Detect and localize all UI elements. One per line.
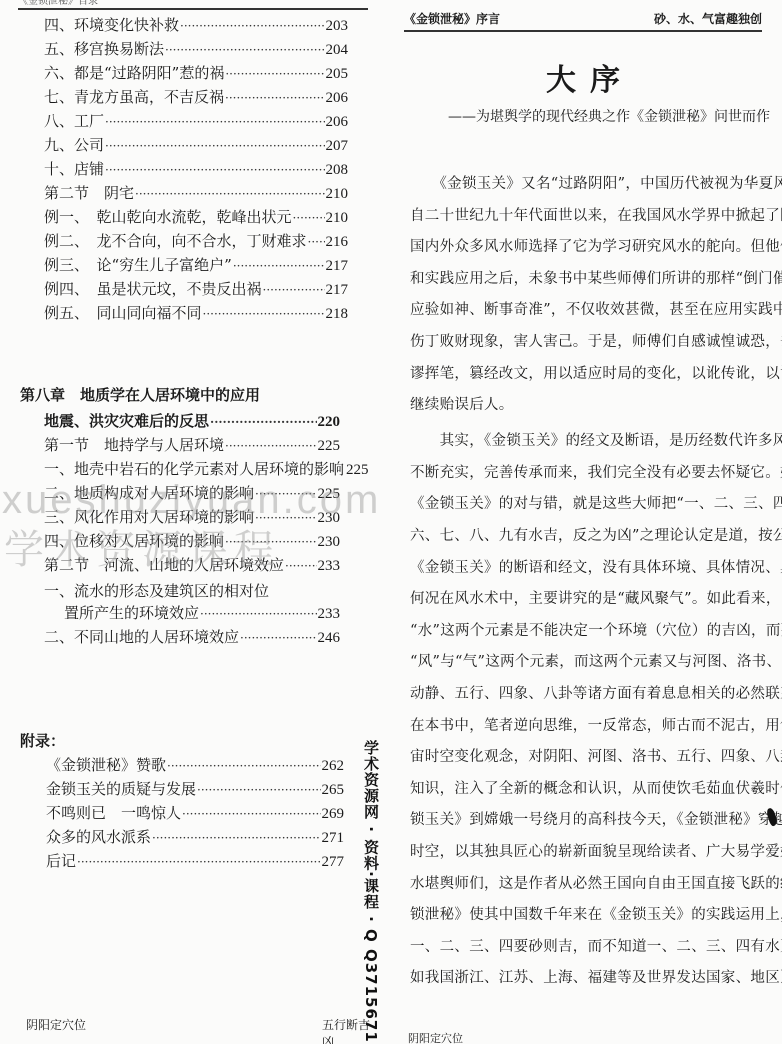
preface-line: 知识，注入了全新的概念和认识，从而使饮毛茹血伏羲时代的《金 <box>410 779 764 799</box>
toc-entry: 八、工厂206 <box>44 112 348 131</box>
toc-leader-dots <box>105 136 324 155</box>
preface-line: 宙时空变化观念，对阴阳、河图、洛书、五行、四象、八卦等基础 <box>410 747 764 767</box>
toc-leader-dots <box>105 160 324 179</box>
toc-entry-title: 不鸣则已 一鸣惊人 <box>46 804 181 822</box>
toc-entry: 不鸣则已 一鸣惊人269 <box>46 804 344 823</box>
toc-entry-page: 230 <box>318 533 341 551</box>
toc-entry-title: 一、流水的形态及建筑区的相对位 <box>44 580 269 601</box>
toc-entry-page: 210 <box>326 185 349 203</box>
toc-entry-page: 233 <box>318 557 341 575</box>
toc-entry-title: 《金锁泄秘》赞歌 <box>46 756 166 774</box>
toc-leader-dots <box>167 756 320 775</box>
toc-entry: 第一节 地持学与人居环境225 <box>44 436 340 455</box>
chapter-heading: 第八章 地质学在人居环境中的应用 <box>20 384 260 405</box>
left-page-header: 《金锁泄秘》目录 <box>18 0 368 10</box>
toc-leader-dots <box>225 436 316 455</box>
toc-leader-dots <box>105 112 324 131</box>
toc-entry-page: 269 <box>322 805 345 823</box>
preface-title: 大序 <box>398 55 782 99</box>
toc-entry-title: 第一节 地持学与人居环境 <box>44 436 224 454</box>
toc-entry: 九、公司207 <box>44 136 348 155</box>
preface-line: 在本书中，笔者逆向思维，一反常态，师古而不泥古，用创新的宇 <box>410 716 764 736</box>
toc-entry-page: 203 <box>326 17 349 35</box>
toc-entry-page: 262 <box>322 757 345 775</box>
toc-entry-page: 246 <box>318 629 341 647</box>
toc-entry-title: 九、公司 <box>44 136 104 154</box>
toc-entry: 众多的风水派系271 <box>46 828 344 847</box>
toc-entry: 地震、洪灾灾难后的反思220 <box>44 412 340 431</box>
toc-entry: 金锁玉关的质疑与发展265 <box>46 780 344 799</box>
toc-entry-page: 233 <box>318 605 341 623</box>
left-header-title: 《金锁泄秘》目录 <box>18 0 98 7</box>
watermark-text: 学术资源课程 <box>4 518 280 575</box>
toc-entry-title: 例一、 乾山乾向水流乾，乾峰出状元 <box>44 208 292 226</box>
toc-entry-title: 众多的风水派系 <box>46 828 151 846</box>
toc-entry-title: 七、青龙方虽高，不吉反祸 <box>44 88 224 106</box>
right-header-motto: 砂、水、气富趣独创 <box>654 10 762 27</box>
preface-line: 锁玉关》到嫦娥一号绕月的高科技今天，《金锁泄秘》穿越了数千年 <box>410 810 764 830</box>
toc-entry-page: 271 <box>322 829 345 847</box>
preface-line: 国内外众多风水师选择了它为学习研究风水的舵向。但他们在学习 <box>410 237 764 257</box>
preface-line: 六、七、八、九有水吉，反之为凶”之理论认定是道，按公式套进 <box>410 526 764 546</box>
toc-entry: 置所产生的环境效应233 <box>64 604 340 623</box>
toc-entry-page: 217 <box>326 257 349 275</box>
toc-entry: 例二、 龙不合向，向不合水，丁财难求216 <box>44 232 348 251</box>
toc-leader-dots <box>180 16 324 35</box>
toc-entry-page: 216 <box>326 233 349 251</box>
toc-entry-title: 后记 <box>46 852 76 870</box>
toc-entry-title: 六、都是“过路阴阳”惹的祸 <box>44 64 224 82</box>
preface-line: 何况在风水术中，主要讲究的是“藏风聚气”。如此看来，“砂”与 <box>410 589 764 609</box>
toc-entry-title: 第二节 阴宅 <box>44 184 134 202</box>
toc-entry: 例一、 乾山乾向水流乾，乾峰出状元210 <box>44 208 348 227</box>
toc-entry: 例三、 论“穷生儿子富绝户”217 <box>44 256 348 275</box>
toc-leader-dots <box>200 604 316 623</box>
toc-entry-page: 206 <box>326 113 349 131</box>
toc-leader-dots <box>225 64 324 83</box>
toc-leader-dots <box>233 256 325 275</box>
toc-leader-dots <box>225 88 324 107</box>
toc-entry: 六、都是“过路阴阳”惹的祸205 <box>44 64 348 83</box>
right-page-header: 《金锁泄秘》序言 砂、水、气富趣独创 <box>404 0 762 32</box>
toc-entry: 十、店铺208 <box>44 160 348 179</box>
preface-subtitle: ——为堪舆学的现代经典之作《金锁泄秘》问世而作 <box>448 106 770 126</box>
preface-line: 继续贻误后人。 <box>410 395 764 415</box>
toc-entry-page: 277 <box>322 853 345 871</box>
preface-line: 应验如神、断事奇准”，不仅收效甚微，甚至在应用实践中还出现了 <box>410 300 764 320</box>
toc-leader-dots <box>240 628 316 647</box>
preface-line: 《金锁玉关》的断语和经文，没有具体环境、具体情况、具体分析。 <box>410 558 764 578</box>
toc-leader-dots <box>77 852 320 871</box>
toc-entry-title: 例三、 论“穷生儿子富绝户” <box>44 256 232 274</box>
right-page: 《金锁泄秘》序言 砂、水、气富趣独创 大序 ——为堪舆学的现代经典之作《金锁泄秘… <box>398 0 782 1044</box>
toc-entry-title: 例四、 虽是状元坟，不贵反出祸 <box>44 280 262 298</box>
toc-entry-page: 265 <box>322 781 345 799</box>
toc-entry: 例四、 虽是状元坟，不贵反出祸217 <box>44 280 348 299</box>
toc-entry: 例五、 同山同向福不同218 <box>44 304 348 323</box>
preface-line: 伤丁败财现象，害人害己。于是，师傅们自感诚惶诚恐，去再次荒 <box>410 332 764 352</box>
preface-line: 锁泄秘》使其中国数千年来在《金锁玉关》的实践运用上，只知道 <box>410 905 764 925</box>
left-footer-left: 阴阳定穴位 <box>26 1016 86 1033</box>
toc-leader-dots <box>182 804 320 823</box>
toc-entry-title: 四、环境变化快补救 <box>44 16 179 34</box>
vertical-stamp: 学术资源网 · 资料·课程 · Q Q3715671 <box>360 740 382 1044</box>
preface-line: 其实，《金锁玉关》的经文及断语，是历经数代许多风水大师的 <box>410 431 764 451</box>
toc-entry-title: 地震、洪灾灾难后的反思 <box>44 412 209 430</box>
preface-line: 水堪舆师们，这是作者从必然王国向自由王国直接飞跃的结果。《金 <box>410 874 764 894</box>
preface-line: 谬挥笔，篡经改文，用以适应时局的变化，以讹传讹，以诈传诈， <box>410 364 764 384</box>
toc-entry: 五、移宫换易断法204 <box>44 40 348 59</box>
appendix-heading: 附录： <box>20 730 65 751</box>
toc-entry-page: 225 <box>346 461 369 479</box>
preface-line: 和实践应用之后，未象书中某些师傅们所讲的那样“倒门催财催贵 <box>410 269 764 289</box>
watermark-url: xueshuziyuan.com <box>2 478 381 523</box>
toc-entry: 四、环境变化快补救203 <box>44 16 348 35</box>
preface-line: 动静、五行、四象、八卦等诸方面有着息息相关的必然联系。因此， <box>410 684 764 704</box>
toc-entry-title: 十、店铺 <box>44 160 104 178</box>
toc-entry-page: 206 <box>326 89 349 107</box>
preface-line: 如我国浙江、江苏、上海、福建等及世界发达国家、地区）这一直 <box>410 968 764 988</box>
toc-entry-page: 204 <box>326 41 349 59</box>
right-header-title: 《金锁泄秘》序言 <box>404 10 500 27</box>
toc-leader-dots <box>285 556 316 575</box>
toc-entry-page: 210 <box>326 209 349 227</box>
toc-leader-dots <box>210 412 316 431</box>
toc-leader-dots <box>308 232 325 251</box>
preface-line: 《金锁玉关》又名“过路阴阳”，中国历代被视为华夏风水绝学， <box>410 174 764 194</box>
preface-line: 时空，以其独具匠心的崭新面貌呈现给读者、广大易学爱好者、风 <box>410 842 764 862</box>
toc-entry-title: 置所产生的环境效应 <box>64 604 199 622</box>
toc-entry-page: 208 <box>326 161 349 179</box>
preface-line: 不断充实，完善传承而来，我们完全没有必要去怀疑它。如果要说 <box>410 463 764 483</box>
preface-line: 一、二、三、四要砂则吉，而不知道一、二、三、四有水更吉（诸 <box>410 937 764 957</box>
toc-entry: 七、青龙方虽高，不吉反祸206 <box>44 88 348 107</box>
toc-entry-page: 218 <box>326 305 349 323</box>
preface-line: 自二十世纪九十年代面世以来，在我国风水学界中掀起了阵阵波澜。 <box>410 206 764 226</box>
right-footer: 阴阳定穴位 <box>408 1030 463 1044</box>
toc-leader-dots <box>152 828 320 847</box>
toc-leader-dots <box>165 40 324 59</box>
toc-entry-title: 一、地壳中岩石的化学元素对人居环境的影响 <box>44 460 344 478</box>
toc-entry-title: 二、不同山地的人居环境效应 <box>44 628 239 646</box>
toc-entry: 《金锁泄秘》赞歌262 <box>46 756 344 775</box>
preface-line: 《金锁玉关》的对与错，就是这些大师把“一、二、三、四有砂吉， <box>410 494 764 514</box>
toc-entry-title: 八、工厂 <box>44 112 104 130</box>
toc-entry-page: 217 <box>326 281 349 299</box>
toc-entry-title: 五、移宫换易断法 <box>44 40 164 58</box>
toc-leader-dots <box>263 280 325 299</box>
toc-entry: 二、不同山地的人居环境效应246 <box>44 628 340 647</box>
toc-entry-title: 金锁玉关的质疑与发展 <box>46 780 196 798</box>
toc-leader-dots <box>135 184 324 203</box>
toc-leader-dots <box>203 304 325 323</box>
toc-entry-page: 207 <box>326 137 349 155</box>
toc-entry-page: 220 <box>318 413 341 431</box>
toc-leader-dots <box>197 780 320 799</box>
toc-entry: 第二节 阴宅210 <box>44 184 348 203</box>
toc-entry-title: 例二、 龙不合向，向不合水，丁财难求 <box>44 232 307 250</box>
toc-entry: 一、地壳中岩石的化学元素对人居环境的影响225 <box>44 460 340 479</box>
preface-line: “风”与“气”这两个元素，而这两个元素又与河图、洛书、阴阳 <box>410 652 764 672</box>
toc-entry-title: 例五、 同山同向福不同 <box>44 304 202 322</box>
toc-entry-page: 225 <box>318 437 341 455</box>
preface-line: “水”这两个元素是不能决定一个环境（穴位）的吉凶，而要加入 <box>410 621 764 641</box>
toc-entry-page: 205 <box>326 65 349 83</box>
toc-leader-dots <box>293 208 325 227</box>
toc-entry: 后记277 <box>46 852 344 871</box>
